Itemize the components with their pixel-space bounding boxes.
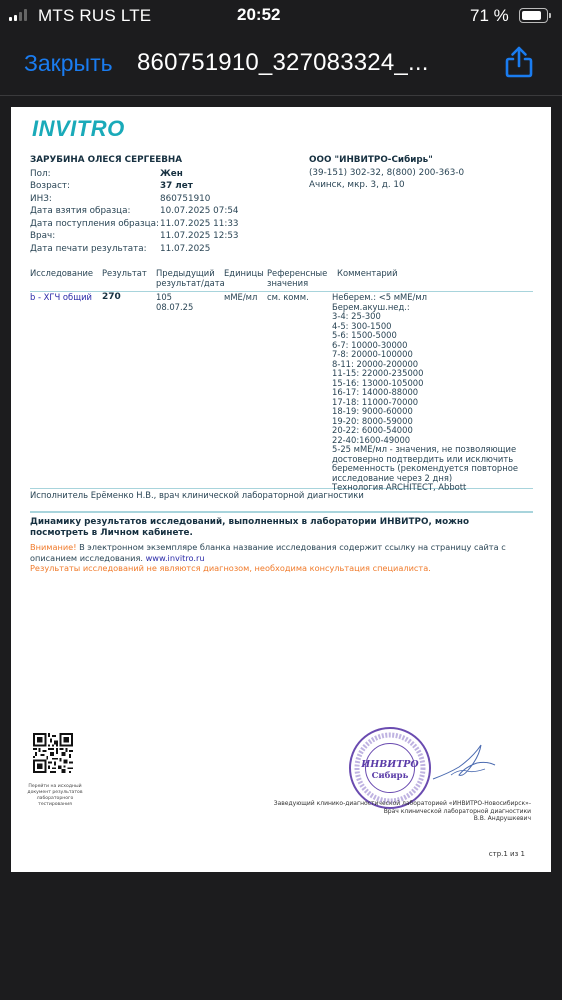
stamp-subtitle: Сибирь	[351, 771, 429, 781]
clock: 20:52	[237, 5, 280, 25]
qr-code[interactable]	[33, 733, 73, 773]
lab-stamp: ИНВИТРО Сибирь	[349, 727, 431, 809]
share-icon	[503, 45, 535, 79]
lab-phone: (39-151) 302-32, 8(800) 200-363-0	[309, 167, 464, 180]
lab-address: Ачинск, мкр. 3, д. 10	[309, 179, 464, 192]
field-sample-date: Дата взятия образца:10.07.2025 07:54	[30, 205, 239, 218]
pdf-page: INVITRO ЗАРУБИНА ОЛЕСЯ СЕРГЕЕВНА Пол:Жен…	[11, 107, 551, 872]
dynamics-note: Динамику результатов исследований, выпол…	[30, 517, 530, 538]
cellular-signal-icon	[9, 9, 27, 21]
stamp-title: ИНВИТРО	[351, 759, 429, 770]
page-number: стр.1 из 1	[489, 850, 525, 858]
field-receipt-date: Дата поступления образца:11.07.2025 11:3…	[30, 218, 239, 231]
invitro-logo: INVITRO	[32, 116, 125, 142]
share-button[interactable]	[503, 45, 535, 79]
field-print-date: Дата печати результата:11.07.2025	[30, 243, 239, 256]
disclaimer: Результаты исследований не являются диаг…	[30, 563, 540, 574]
notice-block: Внимание! В электронном экземпляре бланк…	[30, 542, 540, 574]
header-result: Результат	[102, 268, 147, 278]
warning-label: Внимание!	[30, 542, 76, 552]
header-reference: Референсныезначения	[267, 268, 327, 288]
battery-icon	[519, 8, 548, 23]
patient-name: ЗАРУБИНА ОЛЕСЯ СЕРГЕЕВНА	[30, 154, 239, 167]
carrier-label: MTS RUS LTE	[38, 6, 151, 26]
header-units: Единицы	[224, 268, 264, 278]
header-previous: Предыдущийрезультат/дата	[156, 268, 225, 288]
field-sex: Пол:Жен	[30, 168, 239, 181]
lab-info: ООО "ИНВИТРО-Сибирь" (39-151) 302-32, 8(…	[309, 154, 464, 192]
lab-org: ООО "ИНВИТРО-Сибирь"	[309, 154, 464, 167]
status-bar: MTS RUS LTE 20:52 71 %	[0, 0, 562, 32]
comment-block: Неберем.: <5 мМЕ/мл Берем.акуш.нед.: 3-4…	[332, 293, 518, 493]
qr-caption: Перейти на исходный документ результатов…	[25, 784, 85, 808]
table-row: b - ХГЧ общий 270 10508.07.25 мМЕ/мл см.…	[30, 293, 533, 489]
units-value: мМЕ/мл	[224, 293, 257, 303]
results-table-header: Исследование Результат Предыдущийрезульт…	[30, 268, 533, 292]
performer-line: Исполнитель Ерёменко Н.В., врач клиничес…	[30, 490, 364, 500]
field-doctor: Врач:11.07.2025 12:53	[30, 230, 239, 243]
header-comment: Комментарий	[337, 268, 398, 278]
close-button[interactable]: Закрыть	[24, 50, 113, 77]
signatory-block: Заведующий клинико-диагностической лабор…	[274, 800, 531, 823]
notice-text: В электронном экземпляре бланка название…	[30, 542, 506, 563]
navigation-bar: Закрыть 860751910_327083324_...	[0, 32, 562, 96]
result-value: 270	[102, 293, 121, 303]
battery-percent: 71 %	[470, 6, 509, 26]
signature-icon	[429, 739, 499, 785]
document-title: 860751910_327083324_...	[137, 49, 429, 77]
previous-result: 10508.07.25	[156, 293, 193, 312]
header-study: Исследование	[30, 268, 93, 278]
field-age: Возраст:37 лет	[30, 180, 239, 193]
divider	[30, 511, 533, 513]
patient-info: ЗАРУБИНА ОЛЕСЯ СЕРГЕЕВНА Пол:Жен Возраст…	[30, 154, 239, 255]
study-link[interactable]: b - ХГЧ общий	[30, 293, 92, 303]
invitro-link[interactable]: www.invitro.ru	[146, 553, 205, 563]
reference-value: см. комм.	[267, 293, 309, 303]
field-inz: ИНЗ:860751910	[30, 193, 239, 206]
